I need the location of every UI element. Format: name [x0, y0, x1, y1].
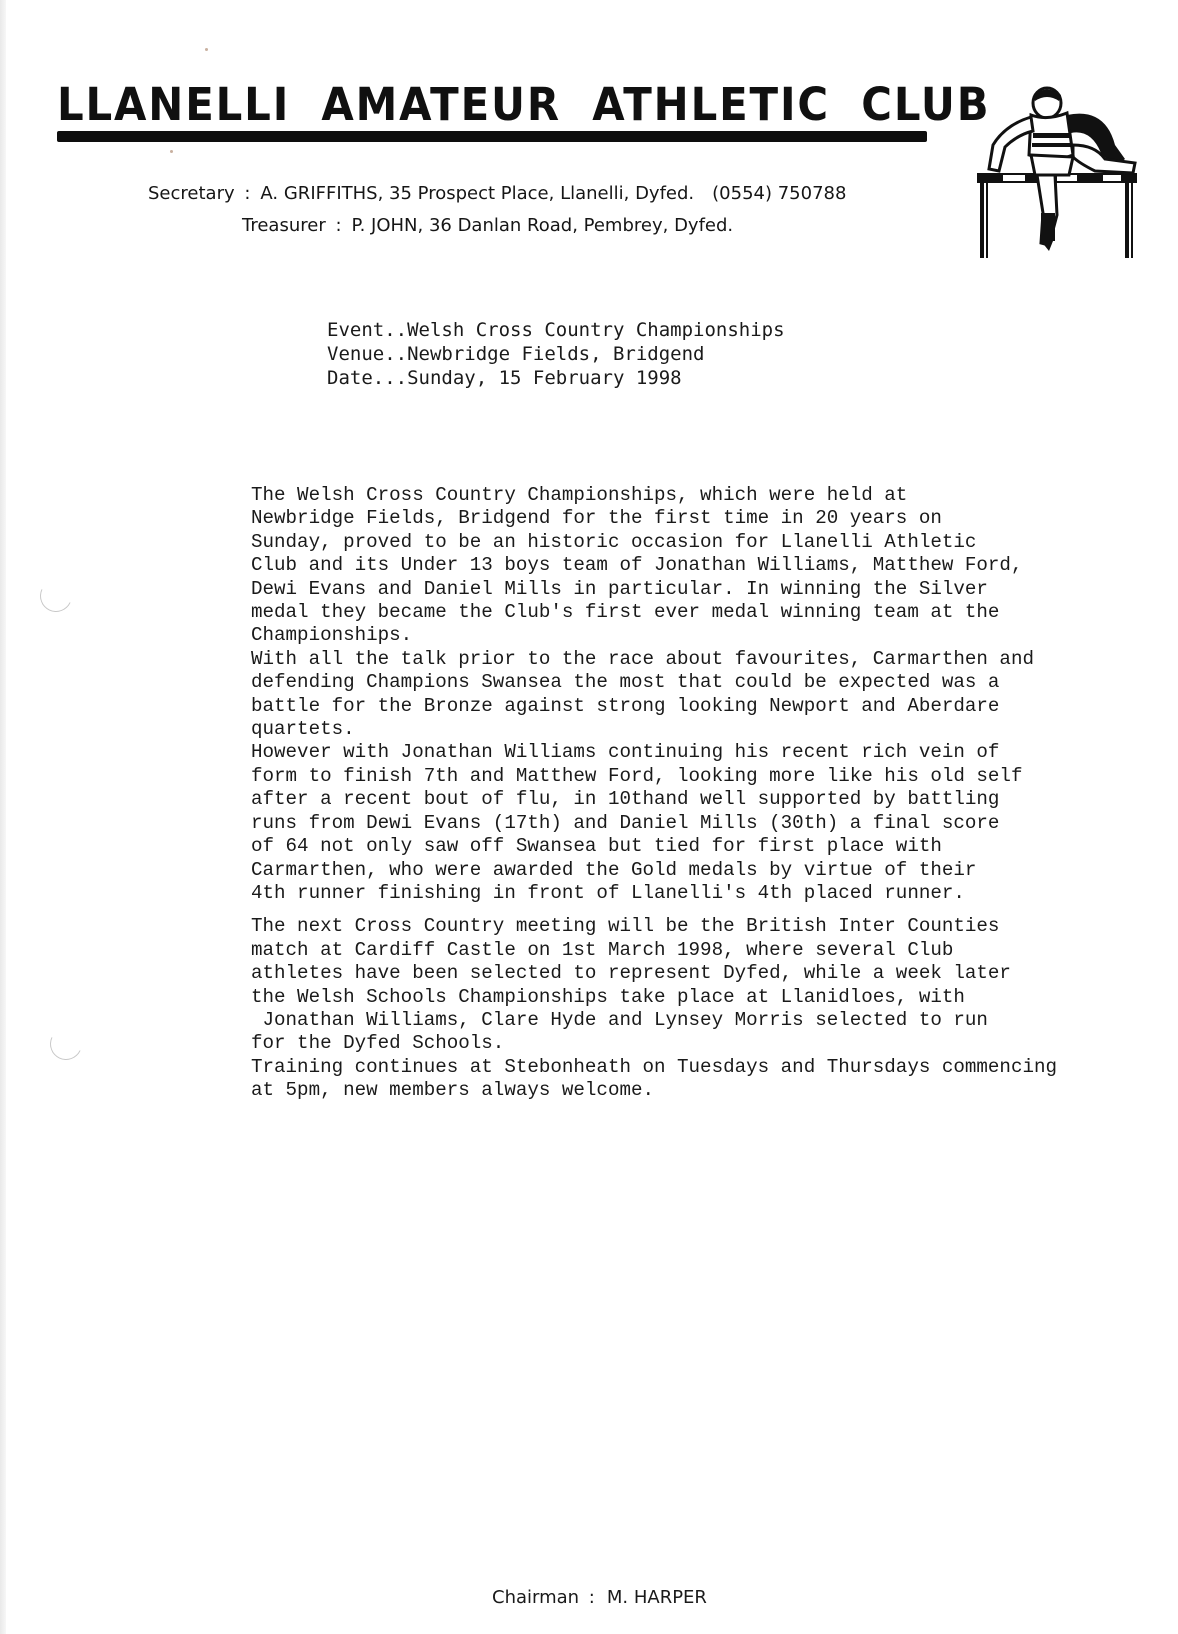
treasurer-role: Treasurer	[242, 215, 326, 236]
colon-separator: :	[239, 183, 251, 204]
punch-hole-mark	[45, 1023, 86, 1064]
treasurer-details: P. JOHN, 36 Danlan Road, Pembrey, Dyfed.	[352, 215, 734, 236]
club-name: LLANELLI AMATEUR ATHLETIC CLUB	[57, 78, 990, 131]
text-line: 4th runner finishing in front of Llanell…	[251, 882, 1151, 905]
title-rule	[57, 131, 927, 142]
hurdler-icon	[975, 85, 1145, 260]
chairman-name: M. HARPER	[607, 1587, 707, 1608]
text-line: Carmarthen, who were awarded the Gold me…	[251, 859, 1151, 882]
venue-line: Venue..Newbridge Fields, Bridgend	[327, 342, 785, 366]
secretary-details: A. GRIFFITHS, 35 Prospect Place, Llanell…	[260, 183, 694, 204]
report-body: The Welsh Cross Country Championships, w…	[251, 484, 1151, 1103]
paper-speck	[205, 48, 208, 51]
treasurer-line: Treasurer :P. JOHN, 36 Danlan Road, Pemb…	[242, 215, 733, 236]
paragraph-favourites: With all the talk prior to the race abou…	[251, 648, 1151, 742]
paragraph-results: However with Jonathan Williams continuin…	[251, 741, 1151, 905]
text-line: match at Cardiff Castle on 1st March 199…	[251, 939, 1151, 962]
text-line: Sunday, proved to be an historic occasio…	[251, 531, 1151, 554]
secretary-phone: (0554) 750788	[712, 183, 846, 204]
text-line: after a recent bout of flu, in 10thand w…	[251, 788, 1151, 811]
event-line: Event..Welsh Cross Country Championships	[327, 318, 785, 342]
secretary-role: Secretary	[148, 183, 235, 204]
text-line: Championships.	[251, 624, 1151, 647]
text-line: for the Dyfed Schools.	[251, 1032, 1151, 1055]
text-line: quartets.	[251, 718, 1151, 741]
text-line: medal they became the Club's first ever …	[251, 601, 1151, 624]
text-line: Dewi Evans and Daniel Mills in particula…	[251, 578, 1151, 601]
text-line: runs from Dewi Evans (17th) and Daniel M…	[251, 812, 1151, 835]
paragraph-next-meeting: The next Cross Country meeting will be t…	[251, 915, 1151, 1055]
text-line: Training continues at Stebonheath on Tue…	[251, 1056, 1151, 1079]
text-line: at 5pm, new members always welcome.	[251, 1079, 1151, 1102]
text-line: defending Champions Swansea the most tha…	[251, 671, 1151, 694]
text-line: The next Cross Country meeting will be t…	[251, 915, 1151, 938]
text-line: With all the talk prior to the race abou…	[251, 648, 1151, 671]
text-line: the Welsh Schools Championships take pla…	[251, 986, 1151, 1009]
text-line: of 64 not only saw off Swansea but tied …	[251, 835, 1151, 858]
colon-separator: :	[330, 215, 342, 236]
text-line: Jonathan Williams, Clare Hyde and Lynsey…	[251, 1009, 1151, 1032]
text-line: Newbridge Fields, Bridgend for the first…	[251, 507, 1151, 530]
secretary-line: Secretary :A. GRIFFITHS, 35 Prospect Pla…	[148, 183, 846, 204]
paragraph-silver-medal: The Welsh Cross Country Championships, w…	[251, 484, 1151, 648]
colon-separator: :	[583, 1587, 595, 1608]
paragraph-training: Training continues at Stebonheath on Tue…	[251, 1056, 1151, 1103]
paragraph-gap	[251, 905, 1151, 915]
text-line: The Welsh Cross Country Championships, w…	[251, 484, 1151, 507]
text-line: athletes have been selected to represent…	[251, 962, 1151, 985]
paper-speck	[170, 150, 173, 153]
chairman-footer: Chairman :M. HARPER	[492, 1587, 707, 1608]
text-line: Club and its Under 13 boys team of Jonat…	[251, 554, 1151, 577]
chairman-role: Chairman	[492, 1587, 579, 1608]
date-line: Date...Sunday, 15 February 1998	[327, 366, 785, 390]
text-line: However with Jonathan Williams continuin…	[251, 741, 1151, 764]
text-line: form to finish 7th and Matthew Ford, loo…	[251, 765, 1151, 788]
page-edge-shadow	[0, 0, 6, 1634]
event-details: Event..Welsh Cross Country Championships…	[327, 318, 785, 390]
punch-hole-mark	[35, 575, 76, 616]
text-line: battle for the Bronze against strong loo…	[251, 695, 1151, 718]
